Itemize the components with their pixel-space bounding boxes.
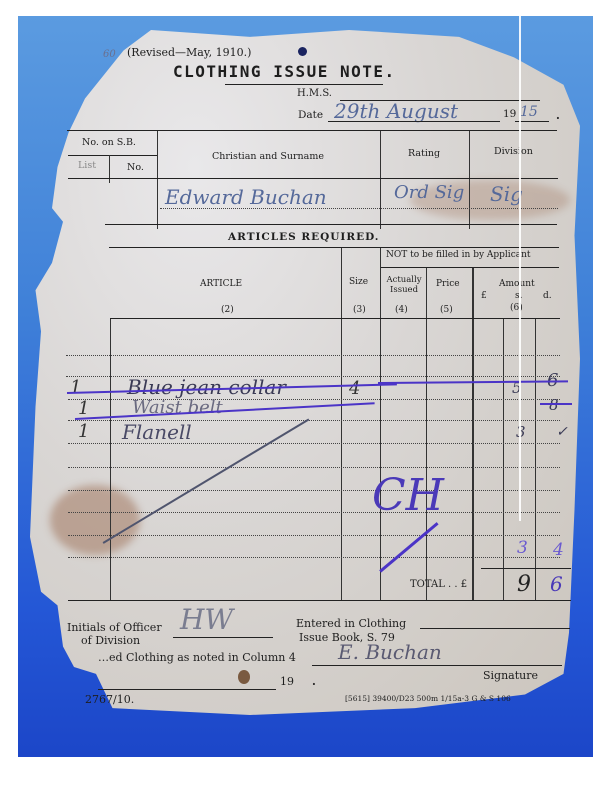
row-size: 4 <box>349 378 360 399</box>
note-underline <box>381 267 559 268</box>
date-line <box>98 689 276 690</box>
initials-value[interactable]: HW <box>180 603 233 636</box>
header-actually-issued: Actually Issued <box>382 275 426 295</box>
table-top-border <box>67 130 557 131</box>
form-code-handwritten: 60 <box>103 49 116 60</box>
page-title: CLOTHING ISSUE NOTE. <box>173 62 396 81</box>
not-filled-note: NOT to be filled in by Applicant <box>386 250 531 260</box>
hms-label: H.M.S. <box>297 88 332 99</box>
header-pounds: £ <box>481 291 487 301</box>
row-line <box>68 557 560 558</box>
footer-period: . <box>312 675 316 688</box>
sb-subheader-line <box>68 155 158 156</box>
header-price: Price <box>436 279 460 289</box>
header-size-num: (3) <box>353 305 366 315</box>
total-shillings: 9 <box>517 572 531 597</box>
name-value[interactable]: Edward Buchan <box>165 185 327 209</box>
received-label: …ed Clothing as noted in Column 4 <box>98 651 296 664</box>
total-pence: 6 <box>550 572 563 596</box>
print-code: [5615] 39400/D23 500m 1/15a-3 G & S 106 <box>345 694 511 703</box>
signature-line <box>312 665 562 666</box>
row-line <box>68 512 560 513</box>
entered-line <box>420 628 570 629</box>
articles-title-underline <box>109 247 559 248</box>
date-label: Date <box>298 109 323 121</box>
articles-bottom-line <box>68 600 571 601</box>
title-underline <box>225 84 383 85</box>
row-article: Flanell <box>122 420 192 444</box>
row-qty: 1 <box>78 421 89 442</box>
header-division: Division <box>494 146 533 157</box>
strikethrough <box>540 403 572 405</box>
signature-label: Signature <box>483 669 538 682</box>
header-name: Christian and Surname <box>212 151 324 162</box>
initials-label-1: Initials of Officer <box>67 621 162 634</box>
clothing-issue-note-paper <box>30 30 580 715</box>
issuer-initials: CH <box>372 470 444 521</box>
year-period: . <box>556 109 560 122</box>
header-row-line <box>68 178 558 179</box>
row-line <box>68 535 560 536</box>
footer-year-prefix: 19 <box>280 675 294 688</box>
dotted-line <box>160 208 558 209</box>
header-list: List <box>78 160 96 171</box>
divider <box>157 131 158 229</box>
form-number: 2767/10. <box>85 693 134 706</box>
year-suffix[interactable]: 15 <box>520 104 538 120</box>
divider <box>469 131 470 229</box>
divider-issued <box>380 248 381 600</box>
header-size: Size <box>349 277 368 287</box>
articles-title: ARTICLES REQUIRED. <box>228 231 379 243</box>
header-no: No. <box>127 162 144 173</box>
row-line <box>66 355 560 356</box>
divider <box>380 131 381 229</box>
total-top-line <box>481 568 571 569</box>
header-issued-num: (4) <box>395 305 408 315</box>
row-line <box>68 467 560 468</box>
initials-line <box>173 637 273 638</box>
subtotal-shillings: 3 <box>517 538 528 558</box>
revision-note: (Revised—May, 1910.) <box>127 46 251 59</box>
date-value[interactable]: 29th August <box>334 99 458 123</box>
header-price-num: (5) <box>440 305 453 315</box>
row-pence: ✓ <box>556 424 568 440</box>
rating-value[interactable]: Ord Sig <box>394 182 464 203</box>
header-pence: d. <box>543 291 552 301</box>
header-rating: Rating <box>408 148 440 159</box>
header-article-num: (2) <box>221 305 234 315</box>
row-qty: 1 <box>78 398 89 419</box>
initials-label-2: of Division <box>81 634 140 647</box>
subtotal-pence: 4 <box>553 540 564 560</box>
row-qty: 1 <box>70 377 81 398</box>
photo-artifact-line <box>519 16 521 521</box>
punch-hole <box>298 47 307 56</box>
header-amount: Amount <box>499 279 535 289</box>
articles-header-bottom <box>110 318 560 319</box>
date-field-line <box>328 121 500 122</box>
entered-label-1: Entered in Clothing <box>296 617 406 630</box>
divider-size <box>341 248 342 600</box>
row-pence: 8 <box>549 396 559 414</box>
stain <box>50 485 140 555</box>
personnel-bottom-line <box>105 224 557 225</box>
header-sb-group: No. on S.B. <box>82 137 136 148</box>
header-article: ARTICLE <box>200 279 242 289</box>
year-prefix: 19 <box>503 108 516 120</box>
row-line <box>68 490 560 491</box>
ink-stain <box>238 670 250 684</box>
received-signature[interactable]: E. Buchan <box>338 640 442 664</box>
total-label: TOTAL . . £ <box>410 579 467 590</box>
division-value[interactable]: Sig <box>490 182 523 206</box>
